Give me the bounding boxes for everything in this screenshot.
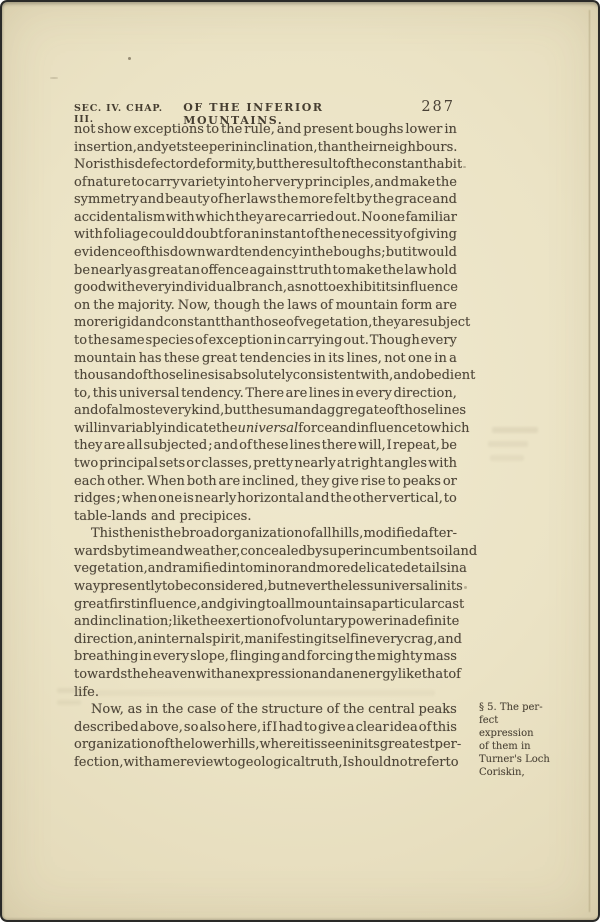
text-line: Thisthenisthebroadorganizationofallhills… [74, 525, 457, 543]
text-line: Noristhisdefectordeformity,buttheresulto… [74, 156, 457, 174]
text-line: goodwitheveryindividualbranch,asnottoexh… [74, 279, 457, 297]
text-line: tothesamespeciesofexceptionincarryingout… [74, 332, 457, 350]
paper-speck [128, 57, 131, 60]
text-line: towardstheheavenwithanexpressionandanene… [74, 666, 457, 684]
text-line: to,thisuniversaltendency.Therearelinesin… [74, 385, 457, 403]
paper-speck [50, 77, 58, 79]
showthrough-ghost [95, 690, 435, 696]
text-line: theyareallsubjected;andoftheselinesthere… [74, 437, 457, 455]
margin-note-line: Turner's Loch [479, 753, 554, 766]
margin-note-line: § 5. The per- [479, 701, 554, 714]
margin-note-line: fect expression [479, 714, 554, 740]
text-line: direction,aninternalspirit,manifestingit… [74, 631, 457, 649]
text-line: onthemajority.Now,thoughthelawsofmountai… [74, 297, 457, 315]
page-header: SEC. IV. CHAP. III. OF THE INFERIOR MOUN… [74, 99, 455, 113]
text-line: breathingineveryslope,flingingandforcing… [74, 648, 457, 666]
text-line: vegetation,andramifiedintominorandmorede… [74, 560, 457, 578]
showthrough-ghost [488, 441, 528, 447]
paragraph: Now,asinthecaseofthestructureofthecentra… [74, 701, 457, 771]
text-line: mountainhasthesegreattendenciesinitsline… [74, 350, 457, 368]
margin-note-line: Coriskin, [479, 766, 554, 779]
text-line: insertion,andyetsteeperininclination,tha… [74, 139, 457, 157]
showthrough-ghost [492, 427, 538, 433]
paper-speck [463, 166, 466, 168]
text-line: withfoliagecoulddoubtforaninstantofthene… [74, 226, 457, 244]
margin-note-line: of them in [479, 740, 554, 753]
text-line: wardsbytimeandweather,concealedbysuperin… [74, 543, 457, 561]
text-line: willinvariablyindicatetheuniversalforcea… [74, 420, 457, 438]
showthrough-ghost [490, 455, 524, 461]
paragraph: Thisthenisthebroadorganizationofallhills… [74, 525, 457, 701]
page-edge-shadow [589, 10, 590, 912]
text-line: andofalmosteverykind,butthesumandaggrega… [74, 402, 457, 420]
text-line: Now,asinthecaseofthestructureofthecentra… [74, 701, 457, 719]
scanned-book-page: SEC. IV. CHAP. III. OF THE INFERIOR MOUN… [0, 0, 600, 922]
text-line: benearlyasgreatanoffenceagainsttruthtoma… [74, 262, 457, 280]
body-text: notshowexceptionstotherule,andpresentbou… [74, 121, 457, 771]
showthrough-ghost [57, 688, 87, 693]
showthrough-ghost [57, 700, 81, 705]
text-line: notshowexceptionstotherule,andpresentbou… [74, 121, 457, 139]
text-line: twoprincipalsetsorclasses,prettynearlyat… [74, 455, 457, 473]
text-line: table-lands and precipices. [74, 508, 457, 526]
text-line: ofnaturetocarryvarietyintoherveryprincip… [74, 174, 457, 192]
text-line: andinclination;liketheexertionofvoluntar… [74, 613, 457, 631]
paragraph: notshowexceptionstotherule,andpresentbou… [74, 121, 457, 525]
text-line: accidentalismwithwhichtheyarecarriedout.… [74, 209, 457, 227]
text-line: fection,withamereviewtogeologicaltruth,I… [74, 754, 457, 772]
text-line: ridges;whenoneisnearlyhorizontalandtheot… [74, 490, 457, 508]
text-line: thousandofthoselinesisabsolutelyconsiste… [74, 367, 457, 385]
text-line: morerigidandconstantthanthoseofvegetatio… [74, 314, 457, 332]
page-number: 287 [421, 99, 455, 115]
paper-speck [464, 586, 467, 589]
text-line: describedabove,soalsohere,ifIhadtogiveac… [74, 719, 457, 737]
text-line: symmetryandbeautyofherlawsthemorefeltbyt… [74, 191, 457, 209]
text-line: organizationofthelowerhills,whereitissee… [74, 736, 457, 754]
text-line: eachother.Whenbothareinclined,theygiveri… [74, 473, 457, 491]
margin-note: § 5. The per- fect expression of them in… [479, 701, 554, 779]
text-line: evidenceofthisdownwardtendencyinthebough… [74, 244, 457, 262]
showthrough-ghost [95, 583, 440, 589]
text-line: greatfirstinfluence,andgivingtoallmounta… [74, 596, 457, 614]
